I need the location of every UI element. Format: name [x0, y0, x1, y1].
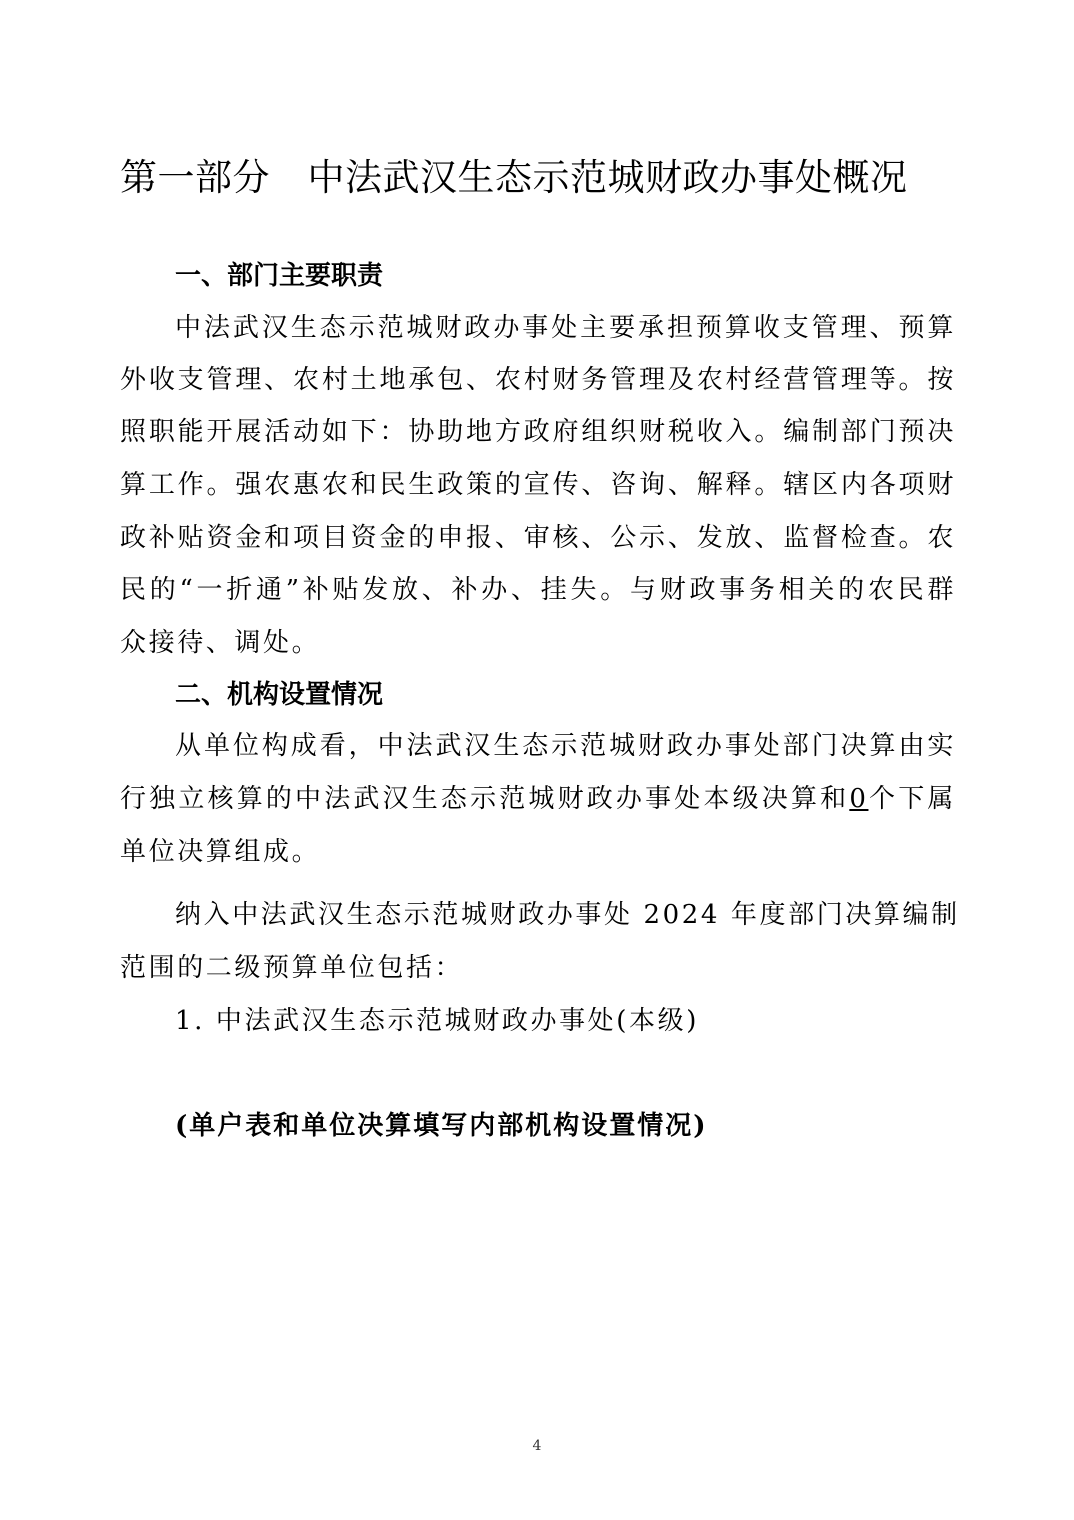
document-page: 第一部分 中法武汉生态示范城财政办事处概况 一、部门主要职责 中法武汉生态示范城… — [0, 0, 1074, 1520]
paragraph-line: 照职能开展活动如下：协助地方政府组织财税收入。编制部门预决 — [120, 414, 956, 450]
paragraph-line: 范围的二级预算单位包括： — [120, 950, 956, 986]
paragraph-line: 从单位构成看，中法武汉生态示范城财政办事处部门决算由实 — [175, 728, 956, 764]
text-segment: 行独立核算的中法武汉生态示范城财政办事处本级决算和 — [120, 784, 849, 814]
paragraph-line: 民的“一折通”补贴发放、补办、挂失。与财政事务相关的农民群 — [120, 572, 956, 608]
list-item: 1. 中法武汉生态示范城财政办事处(本级) — [175, 1003, 956, 1039]
page-number: 4 — [0, 1438, 1074, 1454]
paragraph-line: 纳入中法武汉生态示范城财政办事处 2024 年度部门决算编制 — [175, 897, 956, 933]
paragraph-line: 中法武汉生态示范城财政办事处主要承担预算收支管理、预算 — [175, 310, 956, 346]
paragraph-line: 算工作。强农惠农和民生政策的宣传、咨询、解释。辖区内各项财 — [120, 467, 956, 503]
section-heading-organization: 二、机构设置情况 — [175, 677, 383, 713]
section-heading-responsibilities: 一、部门主要职责 — [175, 258, 383, 294]
note-text: (单户表和单位决算填写内部机构设置情况) — [175, 1108, 708, 1144]
paragraph-line-with-count: 行独立核算的中法武汉生态示范城财政办事处本级决算和0个下属 — [120, 781, 956, 817]
paragraph-line: 政补贴资金和项目资金的申报、审核、公示、发放、监督检查。农 — [120, 520, 956, 556]
paragraph-line: 外收支管理、农村土地承包、农村财务管理及农村经营管理等。按 — [120, 362, 956, 398]
paragraph-line: 单位决算组成。 — [120, 834, 956, 870]
subordinate-unit-count: 0 — [849, 784, 868, 814]
page-title: 第一部分 中法武汉生态示范城财政办事处概况 — [120, 152, 970, 204]
paragraph-line: 众接待、调处。 — [120, 625, 956, 661]
text-segment: 个下属 — [868, 784, 956, 814]
